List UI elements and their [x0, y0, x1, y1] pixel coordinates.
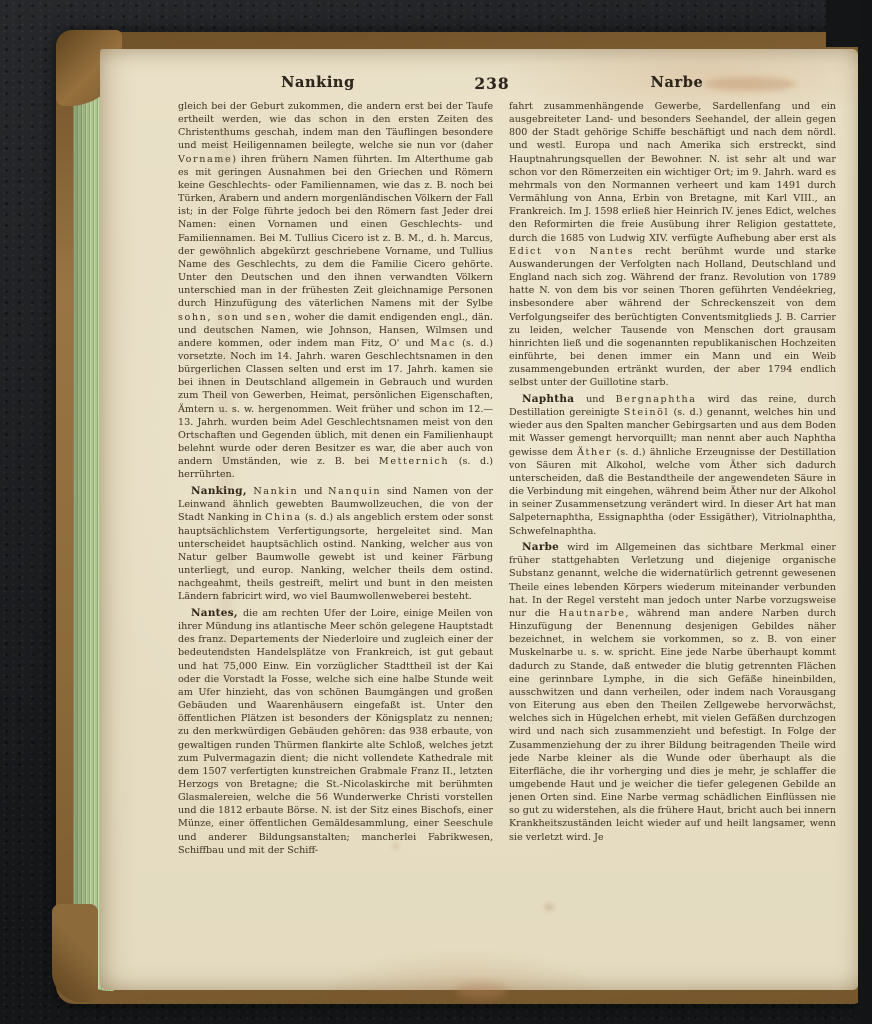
two-column-text: gleich bei der Geburt zukommen, die ande…	[178, 100, 836, 954]
letterspaced-term: Steinöl	[624, 407, 669, 418]
letterspaced-term: Metternich	[379, 456, 449, 467]
page-number: 238	[474, 74, 509, 93]
text-column-right: fahrt zusammenhängende Gewerbe, Sardelle…	[509, 100, 836, 954]
letterspaced-term: Bergnaphtha	[616, 394, 697, 405]
running-title-right: Narbe	[651, 74, 704, 91]
letterspaced-term: Hautnarbe	[559, 608, 626, 619]
letterspaced-term: Vorname	[178, 154, 232, 165]
entry-term: Narbe	[522, 541, 567, 553]
entry-name-continuation: gleich bei der Geburt zukommen, die ande…	[178, 100, 493, 482]
running-title-left: Nanking	[281, 74, 355, 91]
letterspaced-term: Nankin	[253, 486, 298, 497]
running-header: Nanking 238 Narbe	[178, 74, 836, 96]
letterspaced-term: Mac	[430, 338, 456, 349]
entry-nantes-continuation: fahrt zusammenhängende Gewerbe, Sardelle…	[509, 100, 836, 389]
entry-term: Nantes,	[191, 607, 243, 619]
cover-corner-bottom-left	[52, 904, 98, 1002]
entry-naphtha: Naphtha und Bergnaphtha wird das reine, …	[509, 393, 836, 538]
entry-narbe: Narbe wird im Allgemeinen das sichtbare …	[509, 541, 836, 844]
entry-term: Nanking,	[191, 485, 253, 497]
entry-nantes: Nantes, die am rechten Ufer der Loire, e…	[178, 607, 493, 857]
printed-text-block: Nanking 238 Narbe gleich bei der Geburt …	[178, 74, 836, 954]
background-strip-right	[858, 0, 872, 1024]
letterspaced-term: Edict von Nantes	[509, 246, 634, 257]
letterspaced-term: sen	[266, 312, 288, 323]
letterspaced-term: China	[265, 512, 302, 523]
entry-nanking: Nanking, Nankin und Nanquin sind Namen v…	[178, 485, 493, 603]
letterspaced-term: sohn, son	[178, 312, 239, 323]
text-column-left: gleich bei der Geburt zukommen, die ande…	[178, 100, 493, 954]
letterspaced-term: Nanquin	[328, 486, 381, 497]
photo-of-book-page: { "book": { "description": "Scanned page…	[0, 0, 872, 1024]
letterspaced-term: Äther	[577, 447, 612, 458]
entry-term: Naphtha	[522, 393, 586, 405]
